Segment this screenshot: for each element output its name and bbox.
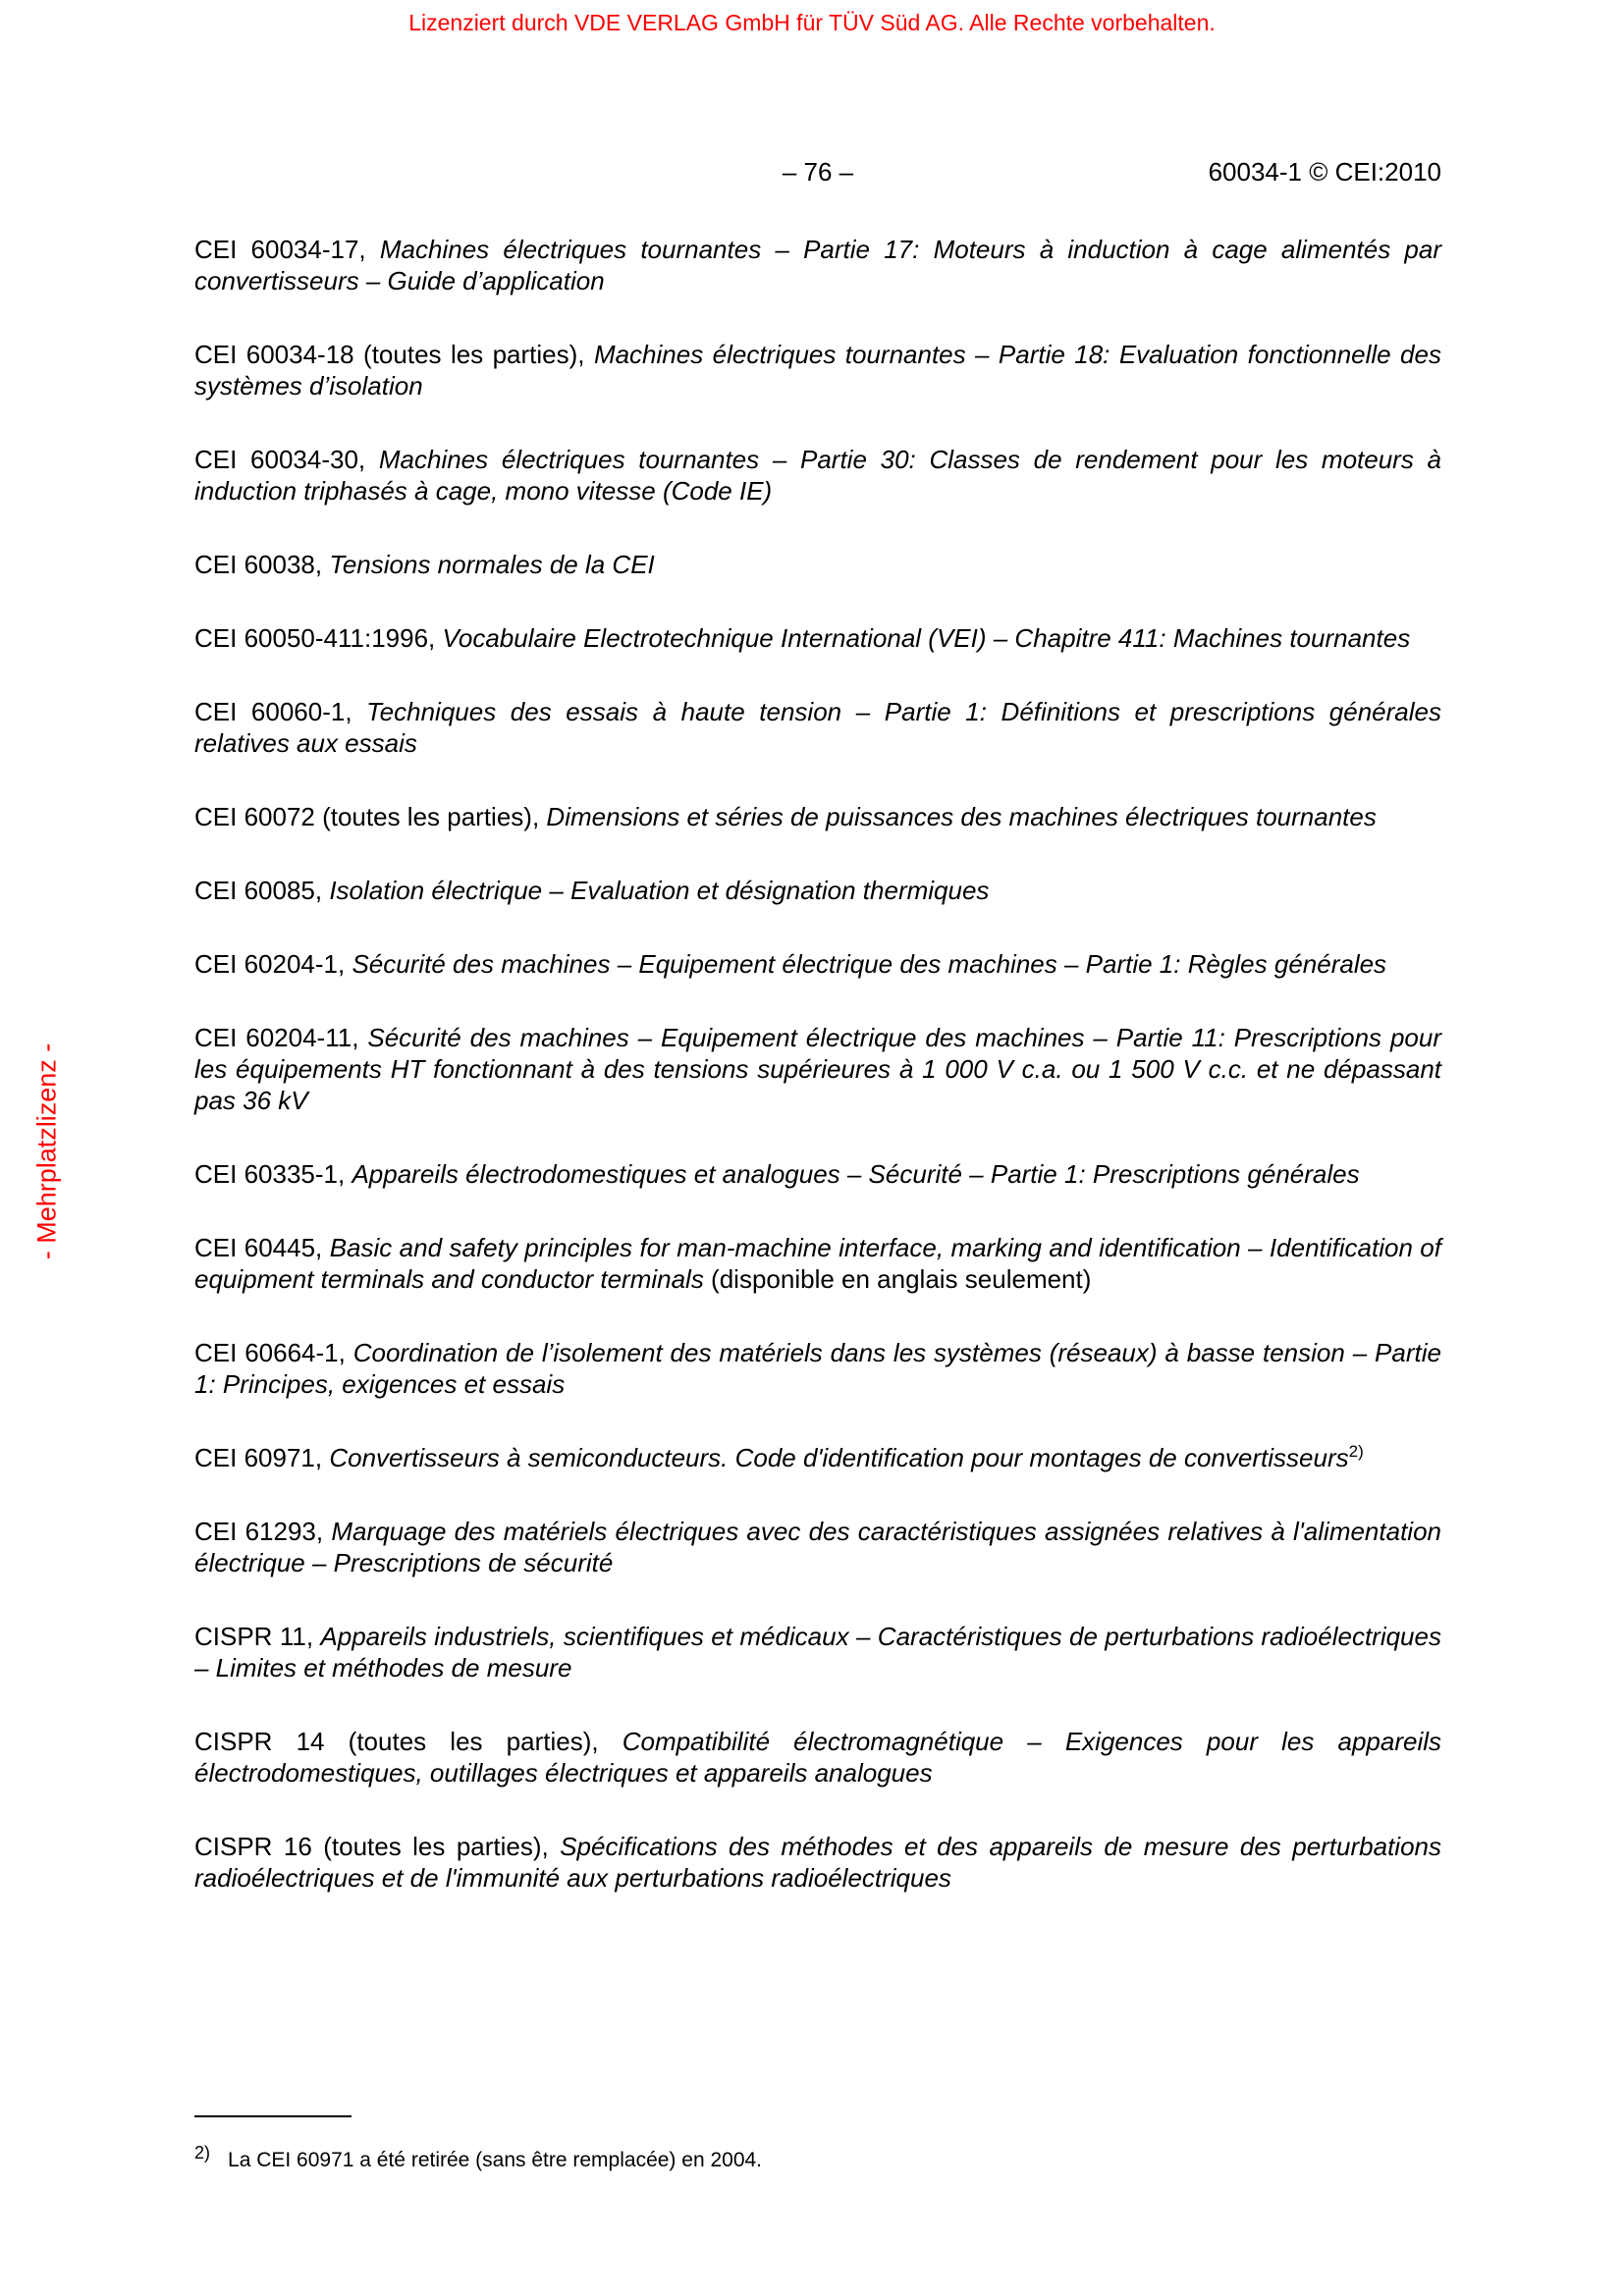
footnote-divider [194, 2115, 352, 2117]
reference-entry: CEI 60204-1, Sécurité des machines – Equ… [194, 948, 1441, 980]
footnote-reference[interactable]: 2) [1349, 1442, 1364, 1461]
reference-id: CEI 60664-1, [194, 1338, 346, 1367]
reference-id: CEI 60060-1, [194, 697, 352, 726]
reference-entry: CEI 61293, Marquage des matériels électr… [194, 1516, 1441, 1578]
reference-title: Marquage des matériels électriques avec … [194, 1517, 1441, 1577]
reference-id: CEI 60034-18 (toutes les parties), [194, 340, 585, 369]
reference-title: Isolation électrique – Evaluation et dés… [329, 876, 989, 905]
reference-id: CISPR 16 (toutes les parties), [194, 1832, 549, 1861]
reference-entry: CEI 60034-17, Machines électriques tourn… [194, 234, 1441, 296]
footnote: 2)La CEI 60971 a été retirée (sans être … [194, 2143, 762, 2172]
reference-title: Sécurité des machines – Equipement élect… [352, 949, 1386, 979]
reference-entry: CEI 60971, Convertisseurs à semiconducte… [194, 1442, 1441, 1473]
reference-title: Machines électriques tournantes – Partie… [194, 235, 1441, 295]
reference-title: Sécurité des machines – Equipement élect… [194, 1023, 1441, 1115]
reference-title: Tensions normales de la CEI [329, 550, 654, 579]
document-id: 60034-1 © CEI:2010 [1209, 157, 1441, 187]
reference-entry: CEI 60050-411:1996, Vocabulaire Electrot… [194, 622, 1441, 654]
reference-id: CEI 60335-1, [194, 1159, 345, 1189]
reference-entry: CISPR 11, Appareils industriels, scienti… [194, 1621, 1441, 1683]
reference-id: CEI 60971, [194, 1443, 322, 1472]
reference-id: CISPR 14 (toutes les parties), [194, 1727, 599, 1756]
page-header: – 76 – 60034-1 © CEI:2010 [194, 157, 1441, 190]
reference-entry: CEI 60664-1, Coordination de l’isolement… [194, 1337, 1441, 1400]
reference-entry: CISPR 14 (toutes les parties), Compatibi… [194, 1726, 1441, 1789]
reference-title: Convertisseurs à semiconducteurs. Code d… [329, 1443, 1348, 1472]
reference-id: CEI 61293, [194, 1517, 323, 1546]
reference-note: (disponible en anglais seulement) [704, 1264, 1092, 1294]
footnote-mark: 2) [194, 2143, 210, 2163]
reference-title: Appareils électrodomestiques et analogue… [352, 1159, 1359, 1189]
reference-id: CEI 60050-411:1996, [194, 623, 435, 653]
reference-id: CEI 60204-1, [194, 949, 345, 979]
reference-entry: CEI 60204-11, Sécurité des machines – Eq… [194, 1022, 1441, 1116]
reference-entry: CEI 60072 (toutes les parties), Dimensio… [194, 801, 1441, 832]
reference-entry: CEI 60038, Tensions normales de la CEI [194, 549, 1441, 580]
reference-title: Techniques des essais à haute tension – … [194, 697, 1441, 758]
reference-entry: CEI 60335-1, Appareils électrodomestique… [194, 1158, 1441, 1190]
reference-title: Appareils industriels, scientifiques et … [194, 1622, 1441, 1682]
reference-id: CEI 60038, [194, 550, 322, 579]
reference-title: Coordination de l’isolement des matériel… [194, 1338, 1441, 1399]
reference-entry: CISPR 16 (toutes les parties), Spécifica… [194, 1831, 1441, 1894]
reference-entry: CEI 60034-30, Machines électriques tourn… [194, 444, 1441, 507]
reference-list: CEI 60034-17, Machines électriques tourn… [194, 234, 1441, 1936]
reference-id: CEI 60445, [194, 1233, 322, 1262]
reference-title: Dimensions et séries de puissances des m… [546, 802, 1376, 831]
reference-title: Machines électriques tournantes – Partie… [194, 445, 1441, 506]
reference-title: Vocabulaire Electrotechnique Internation… [443, 623, 1411, 653]
reference-id: CEI 60034-30, [194, 445, 365, 474]
reference-entry: CEI 60085, Isolation électrique – Evalua… [194, 875, 1441, 906]
reference-entry: CEI 60034-18 (toutes les parties), Machi… [194, 339, 1441, 401]
reference-id: CEI 60034-17, [194, 235, 366, 264]
side-watermark: - Mehrplatzlizenz - [32, 1043, 63, 1260]
reference-id: CEI 60072 (toutes les parties), [194, 802, 539, 831]
footnote-text: La CEI 60971 a été retirée (sans être re… [228, 2149, 762, 2171]
reference-entry: CEI 60060-1, Techniques des essais à hau… [194, 696, 1441, 759]
reference-id: CEI 60204-11, [194, 1023, 358, 1052]
reference-id: CISPR 11, [194, 1622, 313, 1651]
license-banner: Lizenziert durch VDE VERLAG GmbH für TÜV… [0, 10, 1624, 36]
reference-id: CEI 60085, [194, 876, 322, 905]
reference-entry: CEI 60445, Basic and safety principles f… [194, 1232, 1441, 1295]
